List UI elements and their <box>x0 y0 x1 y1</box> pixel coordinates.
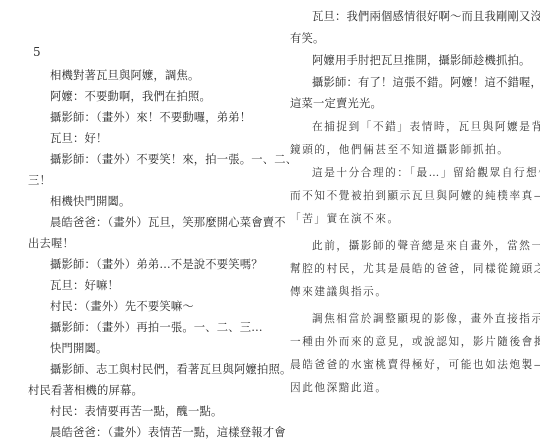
essay-line: 鏡頭的，他們倆甚至不知道攝影師抓拍。 <box>290 143 510 157</box>
script-line: 攝影師：（畫外）來！不要動囉，弟弟！ <box>28 111 251 125</box>
script-line: 瓦旦：好嘛！ <box>28 279 119 293</box>
essay-line: 一種由外而來的意見，或說認知，影片隨後會揭示 <box>290 335 540 349</box>
essay-line: 因此他深黯此道。 <box>290 381 388 395</box>
script-line: 攝影師、志工與村民們，看著瓦旦與阿嬤拍照。 <box>28 363 291 377</box>
script-line: 快門開闔。 <box>28 342 108 356</box>
script-line: 村民看著相機的屏幕。 <box>28 384 143 398</box>
script-line: 攝影師：（畫外）弟弟…不是說不要笑嗎？ <box>28 258 263 272</box>
script-line: 村民：表情要再苦一點，醜一點。 <box>28 405 222 419</box>
scene-number: 5 <box>33 45 41 59</box>
script-line: 這菜一定賣光光。 <box>290 97 382 111</box>
script-line: 攝影師：有了！這張不錯。阿嬤！這不錯喔， <box>290 76 540 90</box>
script-line: 瓦旦：好！ <box>28 132 108 146</box>
script-line: 有笑。 <box>290 32 325 46</box>
script-line: 出去喔！ <box>28 237 74 251</box>
script-line: 晨皓爸爸：（畫外）表情苦一點，這樣登報才會 <box>28 426 286 440</box>
essay-line: 調焦相當於調整顯現的影像，畫外直接指示了 <box>290 312 540 326</box>
script-line: 攝影師：（畫外）再拍一張。一、二、三… <box>28 321 263 335</box>
script-line: 阿嬤用手肘把瓦旦推開，攝影師趁機抓拍。 <box>290 54 530 68</box>
script-line: 三！ <box>28 174 51 188</box>
essay-line: 這是十分合理的：「最…」留給觀眾自行想像； <box>290 166 540 180</box>
essay-line: 而不知不覺被拍到顯示瓦旦與阿嬤的純樸率真—— <box>290 189 540 203</box>
essay-line: 傳來建議與指示。 <box>290 285 388 299</box>
essay-line: 「苦」實在演不來。 <box>290 212 400 226</box>
script-line: 相機快門開闔。 <box>28 195 130 209</box>
essay-line: 晨皓爸爸的水蜜桃賣得極好，可能也如法炮製—— <box>290 358 540 372</box>
script-line: 阿嬤：不要動啊，我們在拍照。 <box>28 90 211 104</box>
script-line: 攝影師：（畫外）不要笑！來，拍一張。一、二、 <box>28 153 297 167</box>
essay-line: 幫腔的村民，尤其是晨皓的爸爸，同樣從鏡頭之外 <box>290 262 540 276</box>
essay-line: 此前，攝影師的聲音總是來自畫外，當然一旁 <box>290 239 540 253</box>
essay-line: 在捕捉到「不錯」表情時，瓦旦與阿嬤是背對 <box>290 120 540 134</box>
script-line: 瓦旦：我們兩個感情很好啊～而且我剛剛又沒 <box>290 10 540 24</box>
script-line: 相機對著瓦旦與阿嬤，調焦。 <box>28 69 199 83</box>
script-line: 村民：（畫外）先不要笑嘛～ <box>28 300 194 314</box>
script-line: 晨皓爸爸：（畫外）瓦旦，笑那麼開心菜會賣不 <box>28 216 286 230</box>
